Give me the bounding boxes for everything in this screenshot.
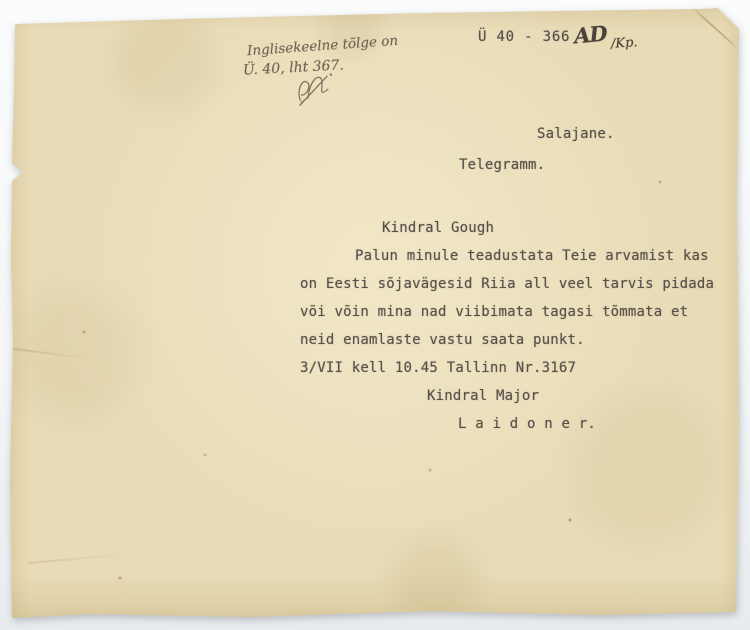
salutation-line: Kindral Gough	[382, 221, 494, 235]
handwritten-ink-initials-suffix: /Kp.	[611, 36, 638, 51]
scanned-document-page: Inglisekeelne tõlge on Ü. 40, lht 367. Ü…	[0, 0, 750, 630]
classification-label: Salajane.	[537, 127, 615, 141]
body-line: Palun minule teadustata Teie arvamist ka…	[355, 249, 709, 263]
telegram-paper: Inglisekeelne tõlge on Ü. 40, lht 367. Ü…	[0, 0, 750, 630]
body-line: on Eesti sõjavägesid Riia all veel tarvi…	[300, 277, 714, 291]
signature-rank: Kindral Major	[427, 389, 539, 403]
dateline: 3/VII kell 10.45 Tallinn Nr.3167	[300, 361, 576, 375]
pencil-monogram-icon	[289, 67, 340, 115]
body-line: neid enamlaste vastu saata punkt.	[300, 333, 585, 347]
document-type-label: Telegramm.	[459, 158, 545, 172]
body-line: või võin mina nad viibimata tagasi tõmma…	[300, 305, 688, 319]
paper-shadow-wrap: Inglisekeelne tõlge on Ü. 40, lht 367. Ü…	[0, 0, 750, 630]
typed-reference-number: Ü 40 - 366	[478, 30, 570, 44]
signature-name: L a i d o n e r.	[458, 417, 596, 431]
handwritten-ink-initials: AD	[573, 23, 607, 47]
